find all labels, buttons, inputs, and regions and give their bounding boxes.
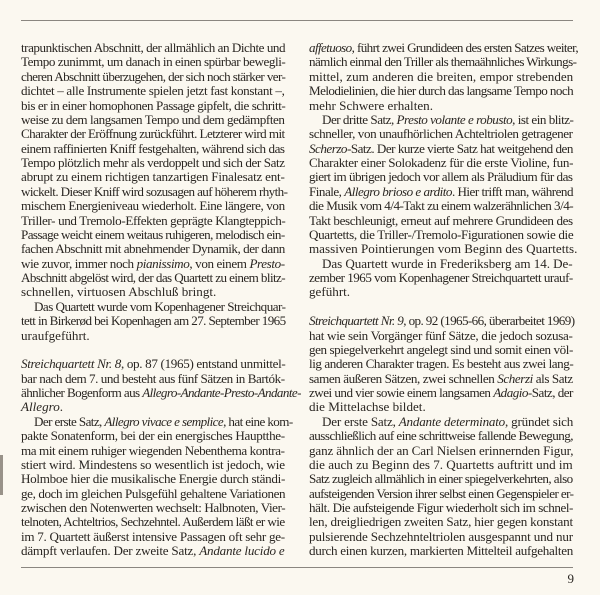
binding-edge-mark [0, 455, 3, 495]
text-run: , von einem [189, 256, 249, 271]
text-line: fachen Abschnitt mit abnehmender Dynamik… [21, 242, 285, 256]
text-run: als Satz [533, 371, 573, 386]
text-run: lig anderen Charakter tragen. Es besteht… [309, 356, 573, 371]
text-run: weise zu dem langsamen Tempo und dem ged… [21, 112, 285, 127]
text-run: Charakter einer Solokadenz für die erste… [309, 155, 573, 170]
text-run: Finale, [309, 184, 344, 199]
text-run: , ist ein blitz- [512, 112, 573, 127]
text-line: pulsierende Sechzehnteltriolen ausgespan… [309, 530, 573, 544]
text-run: die auch zu Beginn des 7. Quartetts auft… [309, 457, 573, 472]
text-line: tett in Birkerød bei Kopenhagen am 27. S… [21, 314, 285, 328]
text-line: Melodielinien, die hier durch das langsa… [309, 84, 573, 98]
italic-term: Andante lucido e [199, 543, 284, 558]
text-run: -Satz, der [528, 385, 573, 400]
text-line: wickelt. Dieser Kniff wird sozusagen auf… [21, 185, 285, 199]
text-line: uraufgeführt. [21, 329, 285, 343]
text-line: affetuoso, führt zwei Grundideen des ers… [309, 41, 573, 55]
text-line: schnellen, virtuosen Abschluß bringt. [21, 285, 285, 299]
text-line: len, dreigliedrigen zweiten Satz, hier g… [309, 515, 573, 529]
header-rule [21, 20, 573, 21]
text-run: mischem Energieniveau wiederholt. Eine l… [21, 198, 285, 213]
text-line: Holmboe hier die musikalische Energie du… [21, 472, 285, 486]
text-line: mehr Schwere erhalten. [309, 99, 573, 113]
text-line: die auch zu Beginn des 7. Quartetts auft… [309, 458, 573, 472]
text-run: , op. 92 (1965-66, überarbeitet 1969) [403, 313, 574, 328]
text-line: Der dritte Satz, Presto volante e robust… [309, 113, 573, 127]
text-line: zember 1965 vom Kopenhagener Streichquar… [309, 271, 573, 285]
italic-term: Allegro brioso e ardito [344, 184, 452, 199]
text-line: im 7. Quartett äußerst intensive Passage… [21, 530, 285, 544]
italic-term: Presto volante e robusto [397, 112, 513, 127]
text-line: Triller- und Tremolo-Effekten geprägte K… [21, 214, 285, 228]
text-line: Tempo zunimmt, um danach in einen spürba… [21, 55, 285, 69]
text-line: Das Quartett wurde in Frederiksberg am 1… [309, 257, 573, 271]
text-line: Charakter einer Solokadenz für die erste… [309, 156, 573, 170]
text-run: len, dreigliedrigen zweiten Satz, hier g… [309, 514, 573, 529]
text-line: Takt beschleunigt, erneut auf mehrere Gr… [309, 214, 573, 228]
text-line: giert im übrigen jedoch vor allem als Pr… [309, 170, 573, 184]
text-line: Passage weicht einem weitaus ruhigeren, … [21, 228, 285, 242]
text-run: durch einen kurzen, markierten Mitteltei… [309, 543, 573, 558]
text-line: hält. Die aufsteigende Figur wiederholt … [309, 501, 573, 515]
text-run: stiert wird. Mindestens so wesentlich is… [21, 457, 285, 472]
text-run: Der erste Satz, [322, 414, 399, 429]
text-line: dämpft verlaufen. Der zweite Satz, Andan… [21, 544, 285, 558]
text-run: massiven Pointierungen vom Beginn des Qu… [309, 241, 577, 256]
text-run: aufsteigenden Version ihrer selbst einen… [309, 486, 573, 501]
text-line: pakte Sonatenform, bei der ein energisch… [21, 429, 285, 443]
text-run: fachen Abschnitt mit abnehmender Dynamik… [21, 241, 285, 256]
text-line: geführt. [309, 285, 573, 299]
text-line: Der erste Satz, Andante determinato, grü… [309, 415, 573, 429]
text-line: hat wie sein Vorgänger fünf Sätze, die j… [309, 329, 573, 343]
text-line: bis er in einer homophonen Passage gipfe… [21, 99, 285, 113]
text-line: Satz zugleich allmählich in einer spiege… [309, 472, 573, 486]
text-line: Tempo plötzlich mehr als verdoppelt und … [21, 156, 285, 170]
text-run: Satz zugleich allmählich in einer spiege… [309, 471, 573, 486]
text-run: . [60, 399, 63, 414]
text-run: uraufgeführt. [21, 328, 90, 343]
text-run: bar nach dem 7. und besteht aus fünf Sät… [21, 371, 285, 386]
text-line: mittel, zum anderen die breiten, empor s… [309, 70, 573, 84]
italic-term: Andante determinato [399, 414, 505, 429]
text-line: Finale, Allegro brioso e ardito. Hier tr… [309, 185, 573, 199]
text-run: schnellen, virtuosen Abschluß bringt. [21, 284, 216, 299]
text-line: Streichquartett Nr. 9, op. 92 (1965-66, … [309, 314, 573, 328]
text-run: gen spiegelverkehrt angelegt sind und so… [309, 342, 573, 357]
italic-term: Scherzi [497, 371, 533, 386]
text-run: , führt zwei Grundideen des ersten Satze… [352, 40, 578, 55]
italic-term: Streichquartett Nr. 8 [21, 356, 121, 371]
text-line: stiert wird. Mindestens so wesentlich is… [21, 458, 285, 472]
text-line: schneller, von unaufhörlichen Achteltrio… [309, 127, 573, 141]
text-run: Der erste Satz, [34, 414, 104, 429]
text-line: Scherzo-Satz. Der kurze vierte Satz hat … [309, 142, 573, 156]
italic-term: pianissimo [137, 256, 190, 271]
text-run: Triller- und Tremolo-Effekten geprägte K… [21, 213, 285, 228]
italic-term: affetuoso [309, 40, 352, 55]
text-line: massiven Pointierungen vom Beginn des Qu… [309, 242, 573, 256]
text-line: Streichquartett Nr. 8, op. 87 (1965) ent… [21, 357, 285, 371]
text-run: , op. 87 (1965) entstand unmittel- [121, 356, 286, 371]
text-line: zwischen den Notenwerten wechselt: Halbn… [21, 501, 285, 515]
text-run: pakte Sonatenform, bei der ein energisch… [21, 428, 285, 443]
paragraph-spacer [21, 343, 285, 357]
italic-term: Allegro-Andante-Presto-Andante- [142, 385, 301, 400]
text-line: einem raffinierten Kniff festgehalten, w… [21, 142, 285, 156]
italic-term: Allegro vivace e semplice [104, 414, 223, 429]
left-text-column: trapunktischen Abschnitt, der allmählich… [21, 41, 285, 559]
text-line: Der erste Satz, Allegro vivace e semplic… [21, 415, 285, 429]
text-line: telnoten, Achteltrios, Sechzehntel. Auße… [21, 515, 285, 529]
text-run: cheren Abschnitt überzugehen, der sich n… [21, 69, 285, 84]
text-run: mehr Schwere erhalten. [309, 98, 433, 113]
text-run: Holmboe hier die musikalische Energie du… [21, 471, 285, 486]
italic-term: Streichquartett Nr. 9 [309, 313, 403, 328]
text-run: , gründet sich [505, 414, 573, 429]
text-line: ähnlicher Bogenform aus Allegro-Andante-… [21, 386, 285, 400]
text-line: ganz ähnlich der an Carl Nielsen erinner… [309, 444, 573, 458]
text-run: wie zuvor, immer noch [21, 256, 137, 271]
text-run: die Musik vom 4/4-Takt zu einem walzeräh… [309, 198, 573, 213]
text-line: Das Quartett wurde vom Kopenhagener Stre… [21, 300, 285, 314]
text-run: Charakter der Eröffnung zurückführt. Let… [21, 126, 285, 141]
text-run: samen äußeren Sätzen, zwei schnellen [309, 371, 497, 386]
text-line: dichtet – alle Instrumente spielen jetzt… [21, 84, 285, 98]
text-run: pulsierende Sechzehnteltriolen ausgespan… [309, 529, 573, 544]
text-run: bis er in einer homophonen Passage gipfe… [21, 98, 285, 113]
text-run: dämpft verlaufen. Der zweite Satz, [21, 543, 199, 558]
text-run: nämlich einmal den Triller als themaähnl… [309, 54, 576, 69]
text-run: im 7. Quartett äußerst intensive Passage… [21, 529, 285, 544]
text-line: lig anderen Charakter tragen. Es besteht… [309, 357, 573, 371]
text-run: Passage weicht einem weitaus ruhigeren, … [21, 227, 285, 242]
text-run: giert im übrigen jedoch vor allem als Pr… [309, 169, 573, 184]
text-run: abrupt zu einem richtigen tanzartigen Fi… [21, 169, 285, 184]
text-line: samen äußeren Sätzen, zwei schnellen Sch… [309, 372, 573, 386]
text-line: bar nach dem 7. und besteht aus fünf Sät… [21, 372, 285, 386]
text-line: ausschließlich auf eine schrittweise fal… [309, 429, 573, 443]
text-line: ge, doch im gleichen Pulsgefühl gehalten… [21, 487, 285, 501]
text-run: Der dritte Satz, [322, 112, 397, 127]
text-line: abrupt zu einem richtigen tanzartigen Fi… [21, 170, 285, 184]
text-run: zwei und vier sowie einem langsamen [309, 385, 493, 400]
text-run: zwischen den Notenwerten wechselt: Halbn… [21, 500, 285, 515]
text-run: hält. Die aufsteigende Figur wiederholt … [309, 500, 573, 515]
text-run: mittel, zum anderen die breiten, empor s… [309, 69, 573, 84]
text-line: Charakter der Eröffnung zurückführt. Let… [21, 127, 285, 141]
text-line: die Mittelachse bildet. [309, 400, 573, 414]
text-line: mischem Energieniveau wiederholt. Eine l… [21, 199, 285, 213]
text-line: durch einen kurzen, markierten Mitteltei… [309, 544, 573, 558]
text-run: - [281, 256, 285, 271]
text-run: Das Quartett wurde vom Kopenhagener Stre… [34, 299, 285, 314]
text-line: trapunktischen Abschnitt, der allmählich… [21, 41, 285, 55]
text-run: telnoten, Achteltrios, Sechzehntel. Auße… [21, 514, 285, 529]
text-run: Tempo zunimmt, um danach in einen spürba… [21, 54, 285, 69]
text-run: . Hier trifft man, während [452, 184, 573, 199]
text-line: nämlich einmal den Triller als themaähnl… [309, 55, 573, 69]
footer-rule [21, 567, 573, 568]
text-run: -Satz. Der kurze vierte Satz hat weitgeh… [347, 141, 573, 156]
text-run: wickelt. Dieser Kniff wird sozusagen auf… [21, 184, 287, 199]
text-run: Abschnitt abgelöst wird, der das Quartet… [21, 270, 285, 285]
document-page: trapunktischen Abschnitt, der allmählich… [0, 0, 600, 595]
page-number: 9 [562, 571, 574, 587]
text-line: Abschnitt abgelöst wird, der das Quartet… [21, 271, 285, 285]
text-run: tett in Birkerød bei Kopenhagen am 27. S… [21, 313, 286, 328]
italic-term: Scherzo [309, 141, 347, 156]
text-run: Quartetts, die Triller-/Tremolo-Figurati… [309, 227, 573, 242]
text-run: die Mittelachse bildet. [309, 399, 426, 414]
text-run: ge, doch im gleichen Pulsgefühl gehalten… [21, 486, 285, 501]
right-text-column: affetuoso, führt zwei Grundideen des ers… [309, 41, 573, 559]
text-line: Quartetts, die Triller-/Tremolo-Figurati… [309, 228, 573, 242]
text-run: ähnlicher Bogenform aus [21, 385, 142, 400]
text-line: weise zu dem langsamen Tempo und dem ged… [21, 113, 285, 127]
text-run: ausschließlich auf eine schrittweise fal… [309, 428, 573, 443]
text-run: hat wie sein Vorgänger fünf Sätze, die j… [309, 328, 573, 343]
text-run: schneller, von unaufhörlichen Achteltrio… [309, 126, 573, 141]
text-line: gen spiegelverkehrt angelegt sind und so… [309, 343, 573, 357]
text-line: ma mit einem ruhiger wiegenden Nebenthem… [21, 444, 285, 458]
paragraph-spacer [309, 300, 573, 314]
text-run: dichtet – alle Instrumente spielen jetzt… [21, 83, 285, 98]
text-run: zember 1965 vom Kopenhagener Streichquar… [309, 270, 573, 285]
text-run: ganz ähnlich der an Carl Nielsen erinner… [309, 443, 573, 458]
text-run: , hat eine kom- [223, 414, 293, 429]
text-line: cheren Abschnitt überzugehen, der sich n… [21, 70, 285, 84]
text-run: Tempo plötzlich mehr als verdoppelt und … [21, 155, 285, 170]
italic-term: Allegro [21, 399, 60, 414]
text-line: zwei und vier sowie einem langsamen Adag… [309, 386, 573, 400]
text-run: Melodielinien, die hier durch das langsa… [309, 83, 573, 98]
text-line: Allegro. [21, 400, 285, 414]
text-run: ma mit einem ruhiger wiegenden Nebenthem… [21, 443, 285, 458]
text-run: Das Quartett wurde in Frederiksberg am 1… [322, 256, 573, 271]
text-line: die Musik vom 4/4-Takt zu einem walzeräh… [309, 199, 573, 213]
italic-term: Presto [249, 256, 280, 271]
text-run: geführt. [309, 284, 350, 299]
text-line: aufsteigenden Version ihrer selbst einen… [309, 487, 573, 501]
text-line: wie zuvor, immer noch pianissimo, von ei… [21, 257, 285, 271]
text-run: trapunktischen Abschnitt, der allmählich… [21, 40, 285, 55]
italic-term: Adagio [493, 385, 528, 400]
text-run: einem raffinierten Kniff festgehalten, w… [21, 141, 285, 156]
text-run: Takt beschleunigt, erneut auf mehrere Gr… [309, 213, 573, 228]
